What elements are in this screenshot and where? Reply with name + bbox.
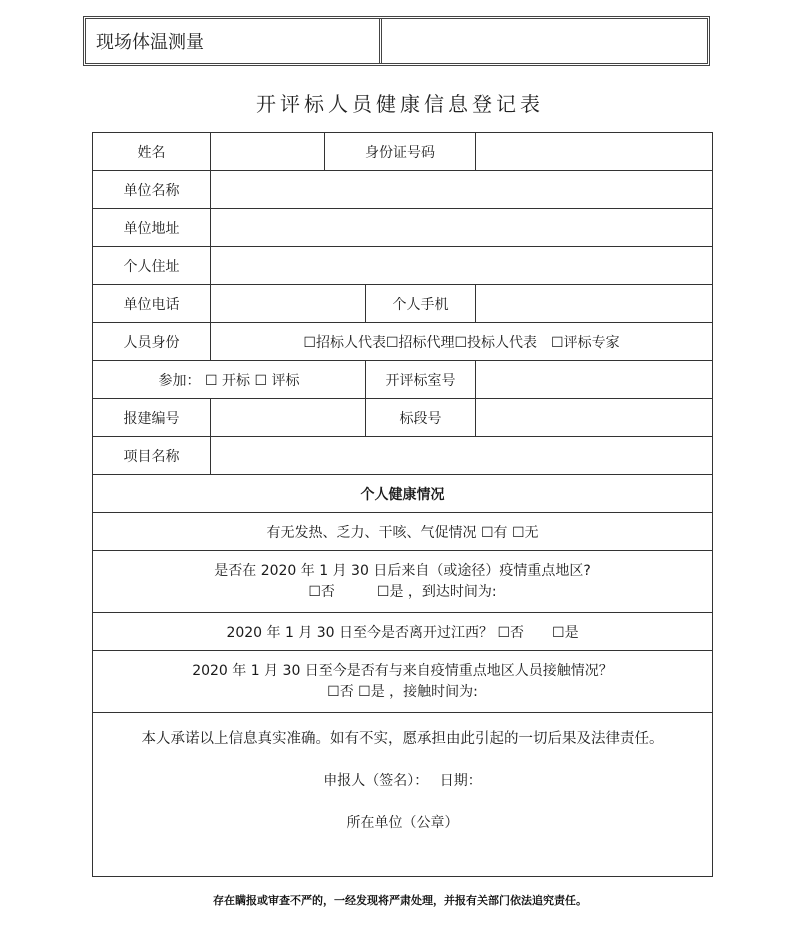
- epidemic-area-question-text: 是否在 2020 年 1 月 30 日后来自（或途径）疫情重点地区?: [93, 561, 712, 582]
- contact-question-text: 2020 年 1 月 30 日至今是否有与来自疫情重点地区人员接触情况？: [93, 661, 712, 682]
- page-title: 开评标人员健康信息登记表: [0, 88, 800, 117]
- contact-question[interactable]: 2020 年 1 月 30 日至今是否有与来自疫情重点地区人员接触情况？ ☐否 …: [93, 651, 713, 713]
- registration-form: 姓名 身份证号码 单位名称 单位地址 个人住址 单位电话 个人手机 人员身份 ☐…: [92, 132, 713, 877]
- section-number-label: 标段号: [366, 399, 476, 437]
- project-name-label: 项目名称: [93, 437, 211, 475]
- name-field[interactable]: [211, 133, 325, 171]
- org-phone-field[interactable]: [211, 285, 366, 323]
- org-phone-label: 单位电话: [93, 285, 211, 323]
- signature-date-line[interactable]: 申报人（签名）： 日期：: [93, 770, 712, 790]
- health-section-title: 个人健康情况: [93, 475, 713, 513]
- temperature-box: 现场体温测量: [83, 16, 710, 66]
- left-jiangxi-question[interactable]: 2020 年 1 月 30 日至今是否离开过江西？ ☐否 ☐是: [93, 613, 713, 651]
- id-number-field[interactable]: [476, 133, 713, 171]
- section-number-field[interactable]: [476, 399, 713, 437]
- pledge-statement: 本人承诺以上信息真实准确。如有不实，愿承担由此引起的一切后果及法律责任。: [93, 727, 712, 748]
- contact-answer[interactable]: ☐否 ☐是 ，接触时间为:: [93, 682, 712, 703]
- org-name-field[interactable]: [211, 171, 713, 209]
- project-name-field[interactable]: [211, 437, 713, 475]
- home-address-field[interactable]: [211, 247, 713, 285]
- symptoms-question[interactable]: 有无发热、乏力、干咳、气促情况 ☐有 ☐无: [93, 513, 713, 551]
- pledge-section: 本人承诺以上信息真实准确。如有不实，愿承担由此引起的一切后果及法律责任。 申报人…: [93, 713, 713, 877]
- home-address-label: 个人住址: [93, 247, 211, 285]
- mobile-label: 个人手机: [366, 285, 476, 323]
- participate-checkbox-group[interactable]: 参加： ☐ 开标 ☐ 评标: [93, 361, 366, 399]
- mobile-field[interactable]: [476, 285, 713, 323]
- org-name-label: 单位名称: [93, 171, 211, 209]
- id-number-label: 身份证号码: [325, 133, 476, 171]
- org-address-field[interactable]: [211, 209, 713, 247]
- epidemic-area-question[interactable]: 是否在 2020 年 1 月 30 日后来自（或途径）疫情重点地区? ☐否 ☐是…: [93, 551, 713, 613]
- name-label: 姓名: [93, 133, 211, 171]
- identity-label: 人员身份: [93, 323, 211, 361]
- room-number-label: 开评标室号: [366, 361, 476, 399]
- org-address-label: 单位地址: [93, 209, 211, 247]
- identity-checkbox-group[interactable]: ☐招标人代表☐招标代理☐投标人代表 ☐评标专家: [211, 323, 713, 361]
- temperature-label: 现场体温测量: [86, 19, 382, 63]
- project-code-label: 报建编号: [93, 399, 211, 437]
- organization-seal-line: 所在单位（公章）: [93, 812, 712, 832]
- temperature-value-field[interactable]: [382, 19, 707, 63]
- footer-note: 存在瞒报或审查不严的，一经发现将严肃处理，并报有关部门依法追究责任。: [0, 892, 800, 908]
- epidemic-area-answer[interactable]: ☐否 ☐是 ，到达时间为:: [93, 582, 712, 603]
- project-code-field[interactable]: [211, 399, 366, 437]
- room-number-field[interactable]: [476, 361, 713, 399]
